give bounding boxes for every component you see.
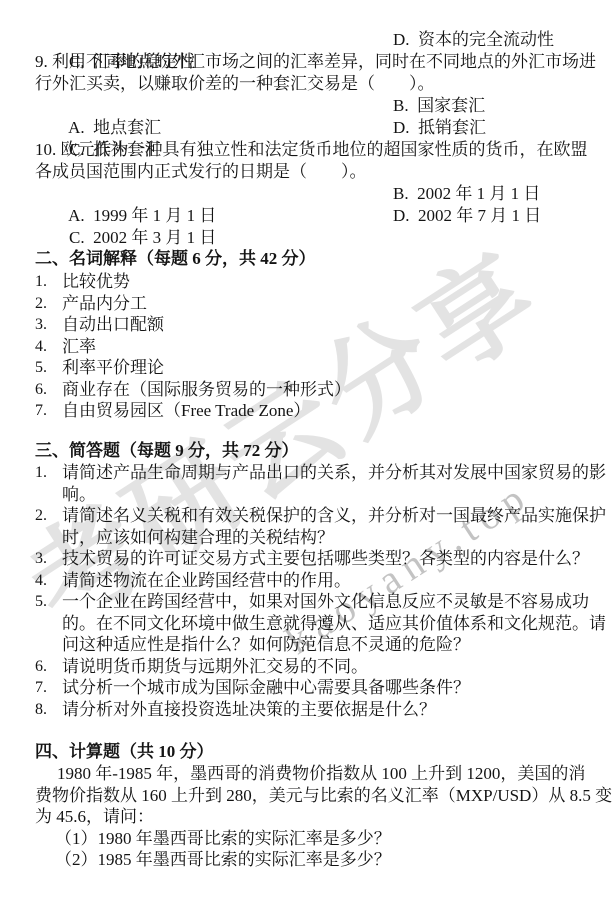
short-answer-item-7: 7. 试分析一个城市成为国际金融中心需要具备哪些条件？ <box>35 677 595 699</box>
exam-paper-page: 考研云分享 kaoyany.top C. 汇率的稳定性 D. 资本的完全流动性 … <box>0 0 612 910</box>
calc-paragraph-line-1: 1980 年-1985 年，墨西哥的消费物价指数从 100 上升到 1200，美… <box>35 763 595 785</box>
q8-options-row: C. 汇率的稳定性 D. 资本的完全流动性 <box>35 29 595 51</box>
q9-stem-line-2: 行外汇买卖，以赚取价差的一种套汇交易是（ ）。 <box>35 73 595 95</box>
q10-stem-line-1: 10. 欧元作为一种具有独立性和法定货币地位的超国家性质的货币，在欧盟 <box>35 139 595 161</box>
item-text: 比较优势 <box>62 271 595 293</box>
item-line: 问这种适应性是指什么？如何防范信息不灵通的危险？ <box>62 634 595 656</box>
short-answer-item-2: 2. 请简述名义关税和有效关税保护的含义，并分析对一国最终产品实施保护 时，应该… <box>35 505 595 548</box>
section-3-title: 三、简答题（每题 9 分，共 72 分） <box>35 440 299 461</box>
item-line: 技术贸易的许可证交易方式主要包括哪些类型？各类型的内容是什么？ <box>62 548 595 570</box>
calc-paragraph-line-2: 费物价指数从 160 上升到 280，美元与比索的名义汇率（MXP/USD）从 … <box>35 785 595 807</box>
item-line: 时，应该如何构建合理的关税结构？ <box>62 527 595 549</box>
item-line: 请简述物流在企业跨国经营中的作用。 <box>62 570 595 592</box>
calc-paragraph-line-3: 为 45.6，请问： <box>35 806 595 828</box>
item-text: 商业存在（国际服务贸易的一种形式） <box>62 379 595 401</box>
item-line: 请说明货币期货与远期外汇交易的不同。 <box>62 656 595 678</box>
item-number: 2. <box>35 505 62 527</box>
item-line: 请简述产品生命周期与产品出口的关系，并分析其对发展中国家贸易的影 <box>62 462 595 484</box>
item-number: 4. <box>35 336 62 358</box>
glossary-item-6: 6. 商业存在（国际服务贸易的一种形式） <box>35 379 595 401</box>
item-text: 产品内分工 <box>62 293 595 315</box>
glossary-list: 1. 比较优势 2. 产品内分工 3. 自动出口配额 4. 汇率 5. 利率平价… <box>35 271 595 422</box>
item-line: 请分析对外直接投资选址决策的主要依据是什么？ <box>62 699 595 721</box>
short-answer-item-8: 8. 请分析对外直接投资选址决策的主要依据是什么？ <box>35 699 595 721</box>
q9-option-d: D. 抵销套汇 <box>393 117 486 139</box>
item-number: 3. <box>35 548 62 570</box>
item-text: 自由贸易园区（Free Trade Zone） <box>62 400 595 422</box>
q10-option-b: B. 2002 年 1 月 1 日 <box>393 183 540 205</box>
item-number: 2. <box>35 293 62 315</box>
q10-options-row-cd: C. 2002 年 3 月 1 日 D. 2002 年 7 月 1 日 <box>35 205 595 227</box>
item-text: 利率平价理论 <box>62 357 595 379</box>
short-answer-item-5: 5. 一个企业在跨国经营中，如果对国外文化信息反应不灵敏是不容易成功 的。在不同… <box>35 591 595 656</box>
calc-subquestion-2: （2）1985 年墨西哥比索的实际汇率是多少？ <box>35 849 595 871</box>
item-line: 请简述名义关税和有效关税保护的含义，并分析对一国最终产品实施保护 <box>62 505 595 527</box>
glossary-item-7: 7. 自由贸易园区（Free Trade Zone） <box>35 400 595 422</box>
q9-option-b: B. 国家套汇 <box>393 95 485 117</box>
q10-option-d: D. 2002 年 7 月 1 日 <box>393 205 541 227</box>
short-answer-item-1: 1. 请简述产品生命周期与产品出口的关系，并分析其对发展中国家贸易的影 响。 <box>35 462 595 505</box>
calc-problem-paragraph: 1980 年-1985 年，墨西哥的消费物价指数从 100 上升到 1200，美… <box>35 763 595 871</box>
q9-options-row-cd: C. 抵补套汇 D. 抵销套汇 <box>35 117 595 139</box>
item-number: 1. <box>35 462 62 484</box>
q10-stem-line-2: 各成员国范围内正式发行的日期是（ ）。 <box>35 161 595 183</box>
item-number: 5. <box>35 591 62 613</box>
item-number: 4. <box>35 570 62 592</box>
item-line: 一个企业在跨国经营中，如果对国外文化信息反应不灵敏是不容易成功 <box>62 591 595 613</box>
q9-stem-line-1: 9. 利用不同地点的外汇市场之间的汇率差异，同时在不同地点的外汇市场进 <box>35 51 595 73</box>
glossary-item-4: 4. 汇率 <box>35 336 595 358</box>
item-number: 1. <box>35 271 62 293</box>
short-answer-item-6: 6. 请说明货币期货与远期外汇交易的不同。 <box>35 656 595 678</box>
item-text: 自动出口配额 <box>62 314 595 336</box>
short-answer-item-4: 4. 请简述物流在企业跨国经营中的作用。 <box>35 570 595 592</box>
item-number: 7. <box>35 400 62 422</box>
item-number: 8. <box>35 699 62 721</box>
glossary-item-3: 3. 自动出口配额 <box>35 314 595 336</box>
q10-option-c: C. 2002 年 3 月 1 日 <box>69 228 216 247</box>
glossary-item-1: 1. 比较优势 <box>35 271 595 293</box>
glossary-item-5: 5. 利率平价理论 <box>35 357 595 379</box>
item-number: 6. <box>35 379 62 401</box>
short-answer-list: 1. 请简述产品生命周期与产品出口的关系，并分析其对发展中国家贸易的影 响。 2… <box>35 462 595 720</box>
calc-subquestion-1: （1）1980 年墨西哥比索的实际汇率是多少？ <box>35 828 595 850</box>
item-number: 5. <box>35 357 62 379</box>
glossary-item-2: 2. 产品内分工 <box>35 293 595 315</box>
section-2-title: 二、名词解释（每题 6 分，共 42 分） <box>35 248 316 269</box>
q8-option-d: D. 资本的完全流动性 <box>393 29 554 51</box>
item-number: 7. <box>35 677 62 699</box>
section-4-title: 四、计算题（共 10 分） <box>35 741 214 762</box>
item-number: 6. <box>35 656 62 678</box>
item-text: 汇率 <box>62 336 595 358</box>
item-line: 试分析一个城市成为国际金融中心需要具备哪些条件？ <box>62 677 595 699</box>
item-number: 3. <box>35 314 62 336</box>
q10-options-row-ab: A. 1999 年 1 月 1 日 B. 2002 年 1 月 1 日 <box>35 183 595 205</box>
multiple-choice-block: C. 汇率的稳定性 D. 资本的完全流动性 9. 利用不同地点的外汇市场之间的汇… <box>35 29 595 227</box>
item-line: 的。在不同文化环境中做生意就得遵从、适应其价值体系和文化规范。请 <box>62 613 595 635</box>
item-line: 响。 <box>62 484 595 506</box>
q9-options-row-ab: A. 地点套汇 B. 国家套汇 <box>35 95 595 117</box>
short-answer-item-3: 3. 技术贸易的许可证交易方式主要包括哪些类型？各类型的内容是什么？ <box>35 548 595 570</box>
